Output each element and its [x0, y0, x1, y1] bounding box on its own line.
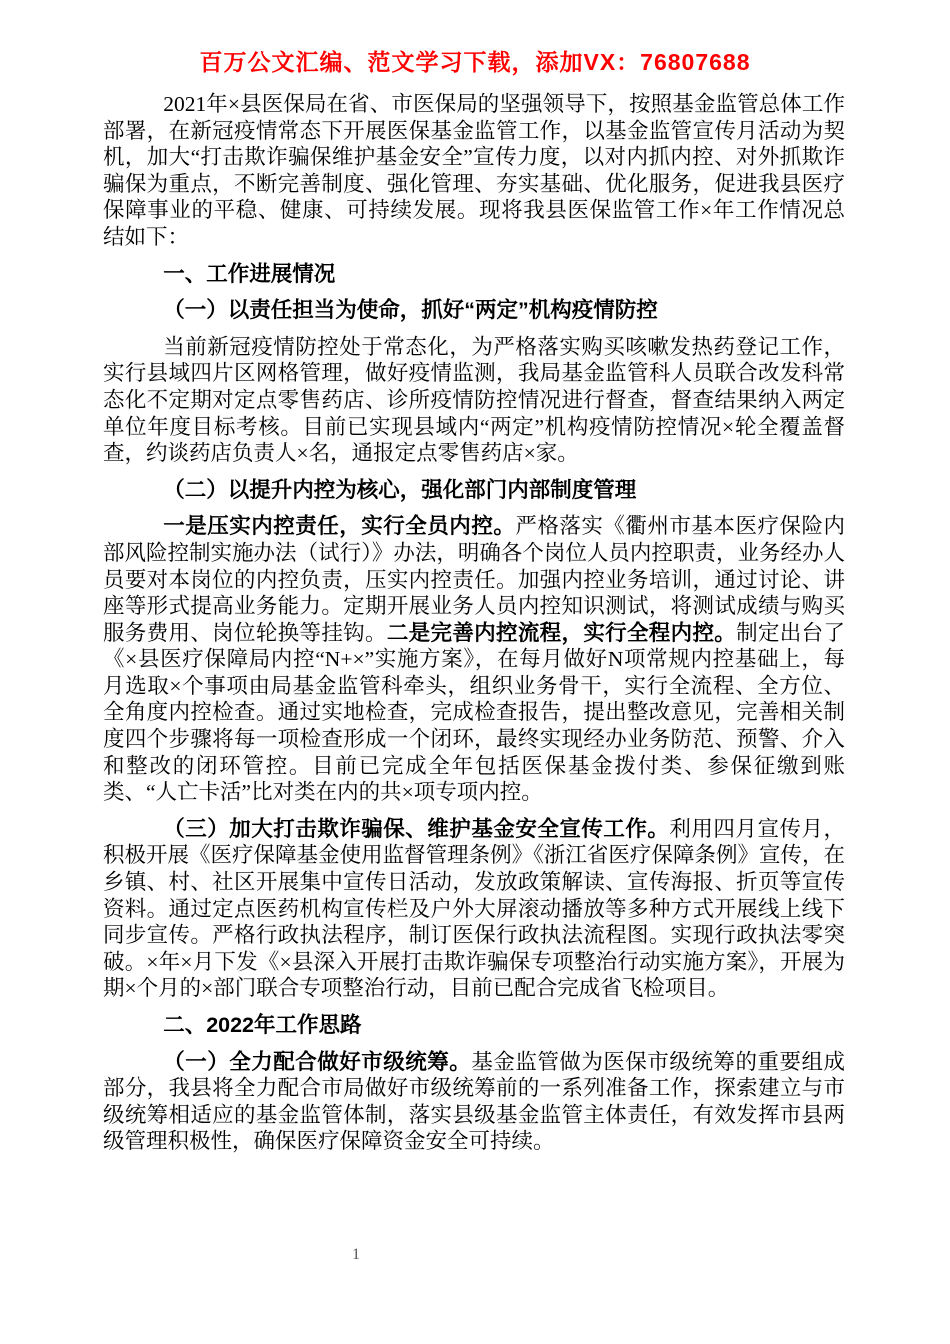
paragraph-text: 利用四月宣传月，积极开展《医疗保障基金使用监督管理条例》《浙江省医疗保障条例》宣… — [103, 817, 845, 1001]
paragraph: 当前新冠疫情防控处于常态化，为严格落实购买咳嗽发热药登记工作，实行县域四片区网格… — [103, 334, 845, 467]
bold-lead-in: 二是完善内控流程，实行全程内控。 — [387, 621, 736, 645]
paragraph-text: 制定出台了《×县医疗保障局内控“N+×”实施方案》，在每月做好N项常规内控基础上… — [103, 621, 845, 805]
paragraph: （一）全力配合做好市级统筹。基金监管做为医保市级统筹的重要组成部分，我县将全力配… — [103, 1049, 845, 1155]
document-body: 2021年×县医保局在省、市医保局的坚强领导下，按照基金监管总体工作部署，在新冠… — [103, 91, 845, 1155]
subsection-heading: （二）以提升内控为核心，强化部门内部制度管理 — [103, 477, 845, 504]
section-heading: 二、2022年工作思路 — [103, 1012, 845, 1039]
document-page: 百万公文汇编、范文学习下载，添加VX：76807688 2021年×县医保局在省… — [0, 0, 950, 1344]
bold-lead-in: （一）全力配合做好市级统筹。 — [163, 1050, 471, 1074]
section-heading: 一、工作进展情况 — [103, 261, 845, 288]
bold-lead-in: （三）加大打击欺诈骗保、维护基金安全宣传工作。 — [163, 817, 669, 841]
paragraph: 2021年×县医保局在省、市医保局的坚强领导下，按照基金监管总体工作部署，在新冠… — [103, 91, 845, 251]
page-number: 1 — [352, 1245, 360, 1265]
subsection-heading: （一）以责任担当为使命，抓好“两定”机构疫情防控 — [103, 297, 845, 324]
promo-banner: 百万公文汇编、范文学习下载，添加VX：76807688 — [0, 0, 950, 77]
paragraph: （三）加大打击欺诈骗保、维护基金安全宣传工作。利用四月宣传月，积极开展《医疗保障… — [103, 816, 845, 1002]
bold-lead-in: 一是压实内控责任，实行全员内控。 — [163, 514, 515, 538]
paragraph: 一是压实内控责任，实行全员内控。严格落实《衢州市基本医疗保险内部风险控制实施办法… — [103, 513, 845, 806]
